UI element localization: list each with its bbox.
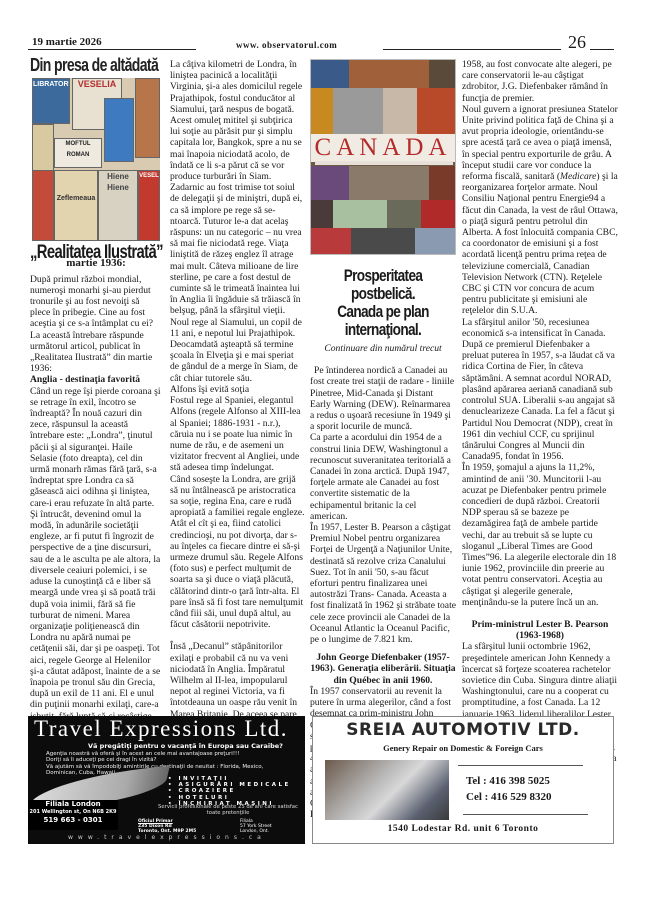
canada-book-cover-image: CANADA (310, 59, 456, 255)
cover-title: CANADA (311, 134, 455, 162)
magazine-cover: VESEL (138, 170, 160, 241)
column-3: CANADA Prosperitatea postbelică. Canada … (310, 59, 456, 820)
body-paragraph: Ca parte a acordului din 1954 de a const… (310, 432, 456, 522)
cel-number[interactable]: Cel : 416 529 8320 (466, 789, 552, 805)
column-4: 1958, au fost convocate alte alegeri, pe… (462, 59, 618, 798)
subheading: Alfons îşi evită soţia (170, 384, 305, 395)
magazine-cover: Zeflemeaua (54, 170, 98, 241)
ad-slogan: Genery Repair on Domestic & Foreign Cars (313, 743, 613, 753)
body-paragraph: La sfârşitul anilor '50, recesiunea econ… (462, 317, 618, 463)
body-paragraph: În 1957, Lester B. Pearson a câştigat Pr… (310, 522, 456, 645)
main-office-info: Oficiul Primar 235 Dixon Rd Toronto, Ont… (138, 819, 196, 834)
divider (458, 765, 583, 766)
section-title: Din presa de altădată (30, 60, 133, 71)
subheading: Anglia - destinaţia favorită (30, 374, 162, 385)
sreia-automotiv-ad[interactable]: SREIA AUTOMOTIV LTD. Genery Repair on Do… (312, 716, 614, 844)
header-rule-left (28, 49, 196, 50)
magazine-cover (32, 170, 54, 241)
column-1: Din presa de altădată LIBRATORUL VESELIA… (30, 60, 162, 767)
ad-brand: Travel Expressions Ltd. (34, 716, 288, 742)
branch-info: Filiala London 201 Wellington st, On N6B… (28, 800, 118, 830)
body-paragraph: Noul guvern a ignorat presiunea Statelor… (462, 104, 618, 317)
intro-paragraph: După primul război mondial, numeroşi mon… (30, 274, 162, 375)
body-paragraph: Noul rege al Siamului, un copil de 11 an… (170, 317, 305, 384)
page-number: 26 (568, 32, 586, 53)
ad-services-list: • INVITAŢII • ASIGURĂRI MEDICALE • CROAZ… (168, 776, 291, 807)
ad-body: Agenţia noastră vă oferă şi în acest an … (46, 751, 296, 777)
header-rule-page (590, 49, 614, 50)
ad-phones: Tel : 416 398 5025 Cel : 416 529 8320 (466, 773, 552, 805)
issue-date: 19 martie 2026 (32, 36, 102, 48)
page-header: 19 martie 2026 www. observatorul.com 26 (28, 34, 622, 54)
continued-from-note: Continuare din numărul trecut (310, 343, 456, 354)
tel-number[interactable]: Tel : 416 398 5025 (466, 773, 552, 789)
body-paragraph: 1958, au fost convocate alte alegeri, pe… (462, 59, 618, 104)
header-rule-right (383, 49, 561, 50)
subheading: John George Diefenbaker (1957-1963). Gen… (310, 652, 456, 686)
subheading: Prim-ministrul Lester B. Pearson (1963-1… (462, 619, 618, 641)
branch2-info: Filiala 57 York Street London, Ont. (240, 819, 272, 834)
magazine-cover: MOFTUL ROMAN (54, 138, 102, 168)
magazine-cover: Hiene Hiene (98, 170, 138, 241)
race-car-photo (325, 760, 449, 820)
magazine-cover (135, 78, 160, 158)
body-paragraph: Fostul rege al Spaniei, elegantul Alfons… (170, 395, 305, 473)
service-note: Servicii profesionale de peste 25 de ani… (158, 804, 298, 816)
ad-brand: SREIA AUTOMOTIV LTD. (313, 720, 613, 740)
body-paragraph: Când un rege îşi pierde coroana şi se re… (30, 386, 162, 733)
body-paragraph: Când soseşte la Londra, are grijă să nu … (170, 474, 305, 631)
body-paragraph: Pe întinderea nordică a Canadei au fost … (310, 365, 456, 432)
body-paragraph: La câţiva kilometri de Londra, în linişt… (170, 59, 305, 317)
magazine-cover (32, 124, 54, 174)
ad-website[interactable]: www.travelexpressions.ca (68, 834, 266, 841)
ad-address: 1540 Lodestar Rd. unit 6 Toronto (313, 824, 613, 834)
body-paragraph: În 1959, şomajul a ajuns la 11,2%, amint… (462, 462, 618, 608)
divider (463, 814, 588, 815)
vintage-magazines-image: LIBRATORUL VESELIA MOFTUL ROMAN Zeflemea… (32, 78, 160, 241)
travel-expressions-ad[interactable]: Travel Expressions Ltd. Vă pregătiţi pen… (28, 716, 305, 844)
magazine-cover-blue (104, 98, 134, 162)
magazine-cover: LIBRATORUL (32, 78, 70, 124)
article-title: Prosperitatea postbelică. Canada pe plan… (317, 267, 450, 339)
site-url[interactable]: www. observatorul.com (236, 40, 337, 50)
column-2: La câţiva kilometri de Londra, în linişt… (170, 59, 305, 798)
article-title: „Realitatea Ilustrată” (30, 247, 133, 258)
ad-tagline: Vă pregătiţi pentru o vacanţă în Europa … (88, 742, 283, 750)
